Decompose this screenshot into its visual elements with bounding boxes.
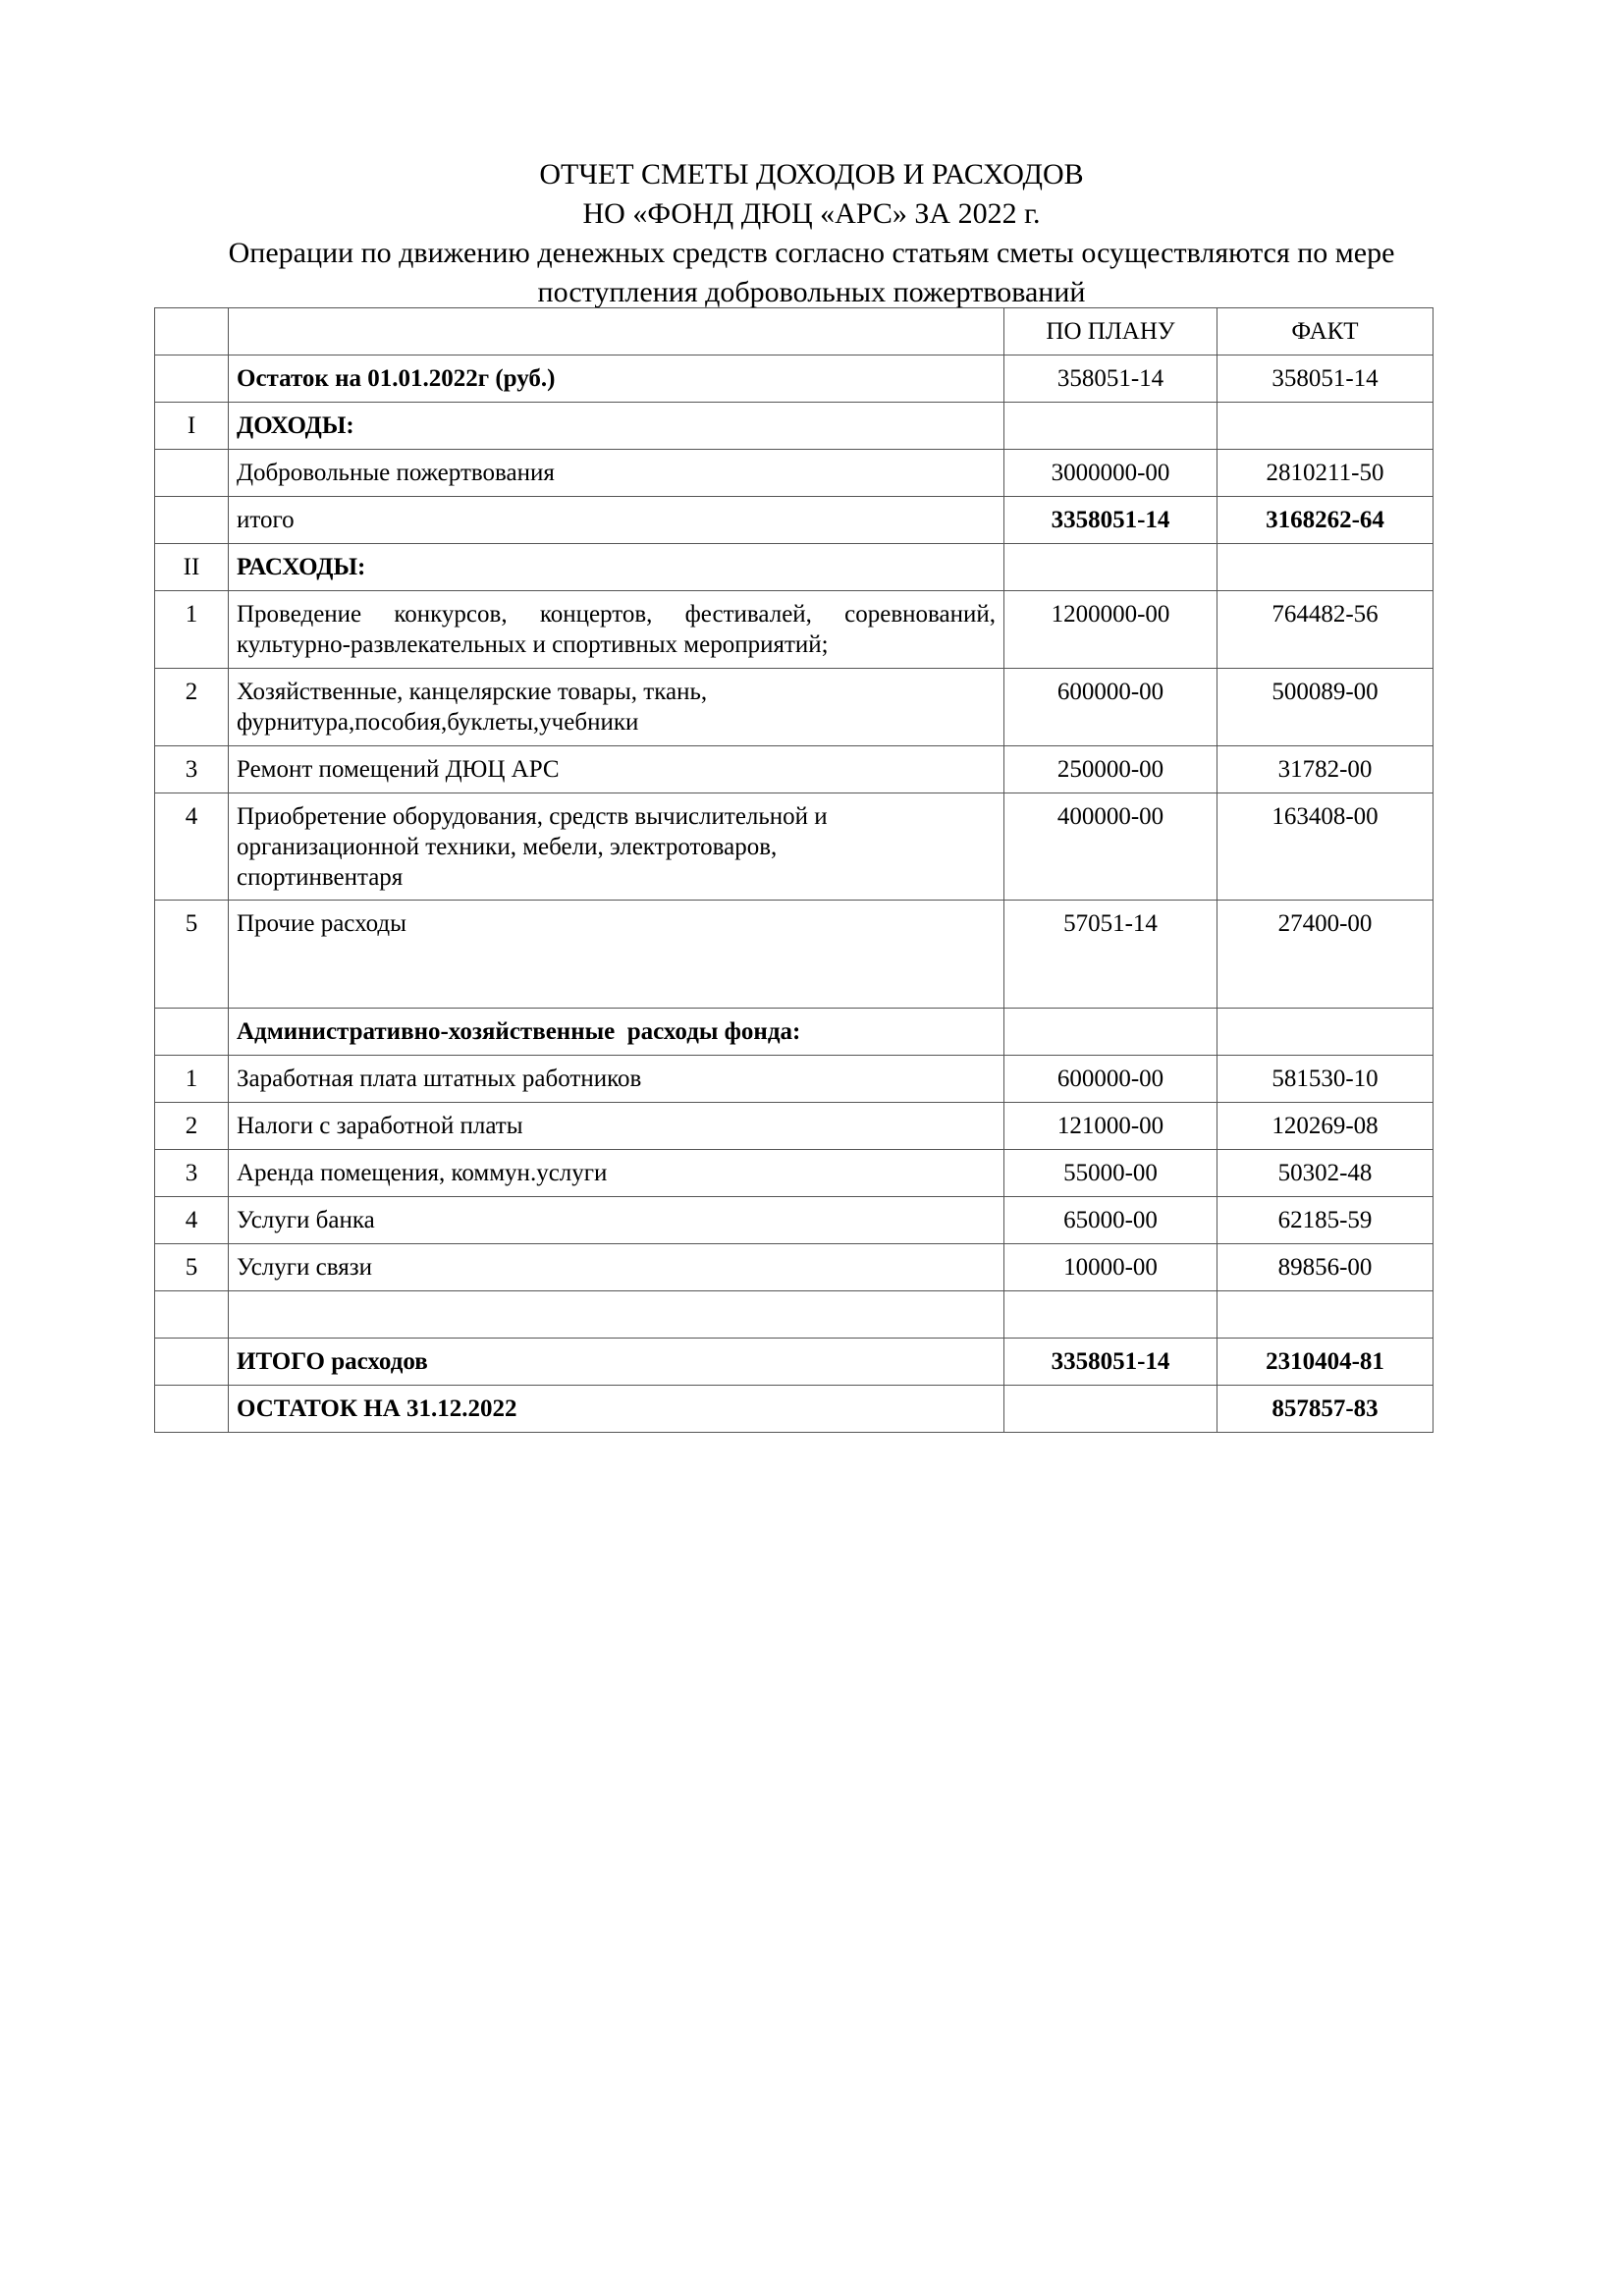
row-fact bbox=[1217, 403, 1434, 450]
row-fact bbox=[1217, 1009, 1434, 1056]
table-row: 5 Прочие расходы 57051-14 27400-00 bbox=[155, 901, 1434, 1009]
row-plan: 3000000-00 bbox=[1004, 450, 1217, 497]
row-fact bbox=[1217, 544, 1434, 591]
row-num: 1 bbox=[155, 591, 229, 669]
table-row: 4 Услуги банка 65000-00 62185-59 bbox=[155, 1197, 1434, 1244]
row-num: 1 bbox=[155, 1056, 229, 1103]
report-subtitle-line1: Операции по движению денежных средств со… bbox=[147, 234, 1476, 273]
row-num: 4 bbox=[155, 1197, 229, 1244]
row-name: ДОХОДЫ: bbox=[229, 403, 1004, 450]
row-plan: 3358051-14 bbox=[1004, 497, 1217, 544]
table-row: 3 Ремонт помещений ДЮЦ АРС 250000-00 317… bbox=[155, 746, 1434, 793]
header-fact: ФАКТ bbox=[1217, 308, 1434, 355]
row-num: 2 bbox=[155, 669, 229, 746]
row-name: Административно-хозяйственные расходы фо… bbox=[229, 1009, 1004, 1056]
row-name: Заработная плата штатных работников bbox=[229, 1056, 1004, 1103]
table-row-closing-balance: ОСТАТОК НА 31.12.2022 857857-83 bbox=[155, 1386, 1434, 1433]
row-fact: 62185-59 bbox=[1217, 1197, 1434, 1244]
row-name: ИТОГО расходов bbox=[229, 1339, 1004, 1386]
table-row: I ДОХОДЫ: bbox=[155, 403, 1434, 450]
row-num bbox=[155, 1009, 229, 1056]
row-plan bbox=[1004, 1009, 1217, 1056]
row-plan: 600000-00 bbox=[1004, 669, 1217, 746]
table-row: итого 3358051-14 3168262-64 bbox=[155, 497, 1434, 544]
row-plan bbox=[1004, 1291, 1217, 1339]
row-name: итого bbox=[229, 497, 1004, 544]
row-name: Остаток на 01.01.2022г (руб.) bbox=[229, 355, 1004, 403]
row-plan: 400000-00 bbox=[1004, 793, 1217, 901]
row-plan bbox=[1004, 544, 1217, 591]
table-row-total-expenses: ИТОГО расходов 3358051-14 2310404-81 bbox=[155, 1339, 1434, 1386]
row-fact: 27400-00 bbox=[1217, 901, 1434, 1009]
report-header: ОТЧЕТ СМЕТЫ ДОХОДОВ И РАСХОДОВ НО «ФОНД … bbox=[147, 155, 1476, 312]
row-fact bbox=[1217, 1291, 1434, 1339]
table-row-empty bbox=[155, 1291, 1434, 1339]
row-num: I bbox=[155, 403, 229, 450]
header-num bbox=[155, 308, 229, 355]
row-name-text: Хозяйственные, канцелярские товары, ткан… bbox=[237, 677, 767, 738]
row-plan: 55000-00 bbox=[1004, 1150, 1217, 1197]
report-subtitle-line2: поступления добровольных пожертвований bbox=[147, 273, 1476, 312]
table-row: 5 Услуги связи 10000-00 89856-00 bbox=[155, 1244, 1434, 1291]
row-num bbox=[155, 497, 229, 544]
row-name: Услуги связи bbox=[229, 1244, 1004, 1291]
row-name: Аренда помещения, коммун.услуги bbox=[229, 1150, 1004, 1197]
row-name: РАСХОДЫ: bbox=[229, 544, 1004, 591]
row-name: Проведение конкурсов, концертов, фестива… bbox=[229, 591, 1004, 669]
report-title-line2: НО «ФОНД ДЮЦ «АРС» ЗА 2022 г. bbox=[147, 194, 1476, 234]
row-name bbox=[229, 1291, 1004, 1339]
table-row: 3 Аренда помещения, коммун.услуги 55000-… bbox=[155, 1150, 1434, 1197]
row-name: Хозяйственные, канцелярские товары, ткан… bbox=[229, 669, 1004, 746]
row-name: Услуги банка bbox=[229, 1197, 1004, 1244]
row-num: 2 bbox=[155, 1103, 229, 1150]
row-name: ОСТАТОК НА 31.12.2022 bbox=[229, 1386, 1004, 1433]
row-fact: 120269-08 bbox=[1217, 1103, 1434, 1150]
table-row: Административно-хозяйственные расходы фо… bbox=[155, 1009, 1434, 1056]
row-num bbox=[155, 355, 229, 403]
row-plan: 65000-00 bbox=[1004, 1197, 1217, 1244]
row-plan: 3358051-14 bbox=[1004, 1339, 1217, 1386]
row-name-text: Приобретение оборудования, средств вычис… bbox=[237, 801, 924, 893]
row-fact: 764482-56 bbox=[1217, 591, 1434, 669]
row-plan bbox=[1004, 1386, 1217, 1433]
row-fact: 50302-48 bbox=[1217, 1150, 1434, 1197]
row-fact: 2810211-50 bbox=[1217, 450, 1434, 497]
row-name: Прочие расходы bbox=[229, 901, 1004, 1009]
table-row: 2 Налоги с заработной платы 121000-00 12… bbox=[155, 1103, 1434, 1150]
row-fact: 163408-00 bbox=[1217, 793, 1434, 901]
row-plan: 250000-00 bbox=[1004, 746, 1217, 793]
row-num bbox=[155, 450, 229, 497]
table-row: 4 Приобретение оборудования, средств выч… bbox=[155, 793, 1434, 901]
row-fact: 2310404-81 bbox=[1217, 1339, 1434, 1386]
row-num: 3 bbox=[155, 1150, 229, 1197]
table-row: 1 Проведение конкурсов, концертов, фести… bbox=[155, 591, 1434, 669]
row-name: Приобретение оборудования, средств вычис… bbox=[229, 793, 1004, 901]
row-num bbox=[155, 1291, 229, 1339]
row-num bbox=[155, 1339, 229, 1386]
row-plan: 121000-00 bbox=[1004, 1103, 1217, 1150]
row-plan bbox=[1004, 403, 1217, 450]
row-num: 5 bbox=[155, 1244, 229, 1291]
row-num bbox=[155, 1386, 229, 1433]
row-plan: 358051-14 bbox=[1004, 355, 1217, 403]
row-plan: 10000-00 bbox=[1004, 1244, 1217, 1291]
row-plan: 57051-14 bbox=[1004, 901, 1217, 1009]
row-plan: 600000-00 bbox=[1004, 1056, 1217, 1103]
row-fact: 857857-83 bbox=[1217, 1386, 1434, 1433]
table-row: Остаток на 01.01.2022г (руб.) 358051-14 … bbox=[155, 355, 1434, 403]
row-name: Ремонт помещений ДЮЦ АРС bbox=[229, 746, 1004, 793]
row-fact: 581530-10 bbox=[1217, 1056, 1434, 1103]
table-row: II РАСХОДЫ: bbox=[155, 544, 1434, 591]
row-fact: 89856-00 bbox=[1217, 1244, 1434, 1291]
row-fact: 500089-00 bbox=[1217, 669, 1434, 746]
row-plan: 1200000-00 bbox=[1004, 591, 1217, 669]
row-fact: 3168262-64 bbox=[1217, 497, 1434, 544]
table-header-row: ПО ПЛАНУ ФАКТ bbox=[155, 308, 1434, 355]
table-row: 2 Хозяйственные, канцелярские товары, тк… bbox=[155, 669, 1434, 746]
row-num: 3 bbox=[155, 746, 229, 793]
row-fact: 358051-14 bbox=[1217, 355, 1434, 403]
budget-report-table: ПО ПЛАНУ ФАКТ Остаток на 01.01.2022г (ру… bbox=[154, 307, 1434, 1433]
report-title-line1: ОТЧЕТ СМЕТЫ ДОХОДОВ И РАСХОДОВ bbox=[147, 155, 1476, 194]
row-name: Налоги с заработной платы bbox=[229, 1103, 1004, 1150]
row-num: II bbox=[155, 544, 229, 591]
table-row: 1 Заработная плата штатных работников 60… bbox=[155, 1056, 1434, 1103]
row-fact: 31782-00 bbox=[1217, 746, 1434, 793]
row-name: Добровольные пожертвования bbox=[229, 450, 1004, 497]
row-num: 5 bbox=[155, 901, 229, 1009]
row-num: 4 bbox=[155, 793, 229, 901]
table-row: Добровольные пожертвования 3000000-00 28… bbox=[155, 450, 1434, 497]
header-plan: ПО ПЛАНУ bbox=[1004, 308, 1217, 355]
header-name bbox=[229, 308, 1004, 355]
